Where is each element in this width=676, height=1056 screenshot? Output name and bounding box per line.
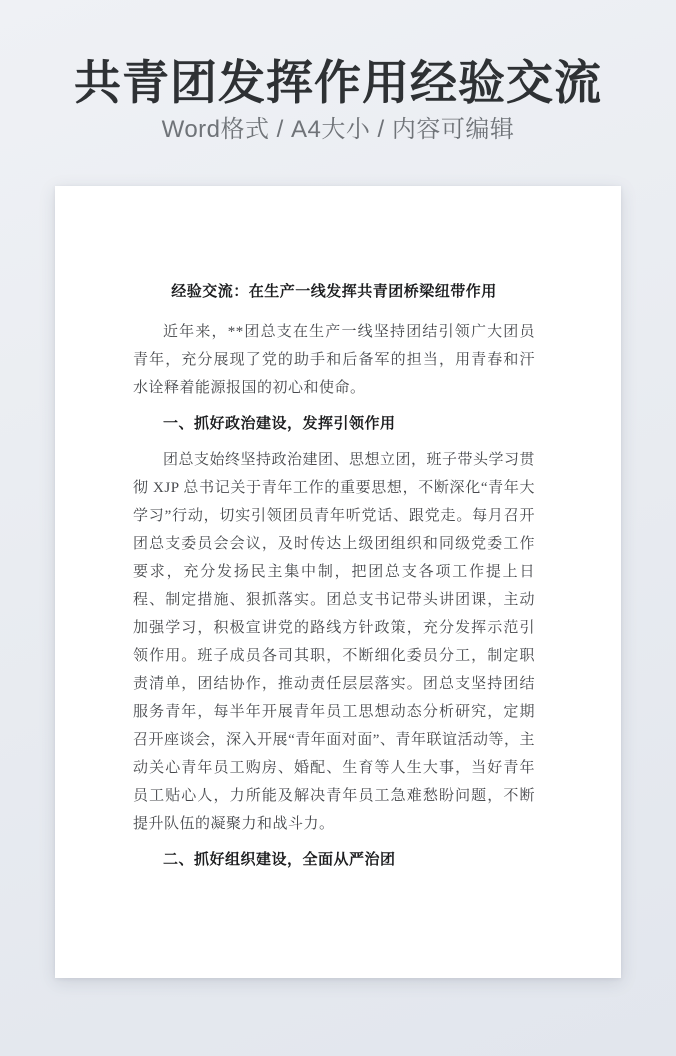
template-subtitle: Word格式 / A4大小 / 内容可编辑 xyxy=(0,116,676,144)
template-preview-canvas: 共青团发挥作用经验交流 Word格式 / A4大小 / 内容可编辑 经验交流：在… xyxy=(0,0,676,1056)
a4-document-page: 经验交流：在生产一线发挥共青团桥梁纽带作用 近年来，**团总支在生产一线坚持团结… xyxy=(55,186,621,978)
doc-paragraph: 近年来，**团总支在生产一线坚持团结引领广大团员青年，充分展现了党的助手和后备军… xyxy=(133,318,535,402)
doc-paragraph: 团总支始终坚持政治建团、思想立团，班子带头学习贯彻 XJP 总书记关于青年工作的… xyxy=(133,446,535,838)
header: 共青团发挥作用经验交流 Word格式 / A4大小 / 内容可编辑 xyxy=(0,0,676,144)
document-title: 经验交流：在生产一线发挥共青团桥梁纽带作用 xyxy=(133,278,535,306)
doc-section-heading: 二、抓好组织建设，全面从严治团 xyxy=(133,846,535,874)
document-body: 近年来，**团总支在生产一线坚持团结引领广大团员青年，充分展现了党的助手和后备军… xyxy=(133,318,535,874)
template-title: 共青团发挥作用经验交流 xyxy=(0,56,676,110)
doc-section-heading: 一、抓好政治建设，发挥引领作用 xyxy=(133,410,535,438)
